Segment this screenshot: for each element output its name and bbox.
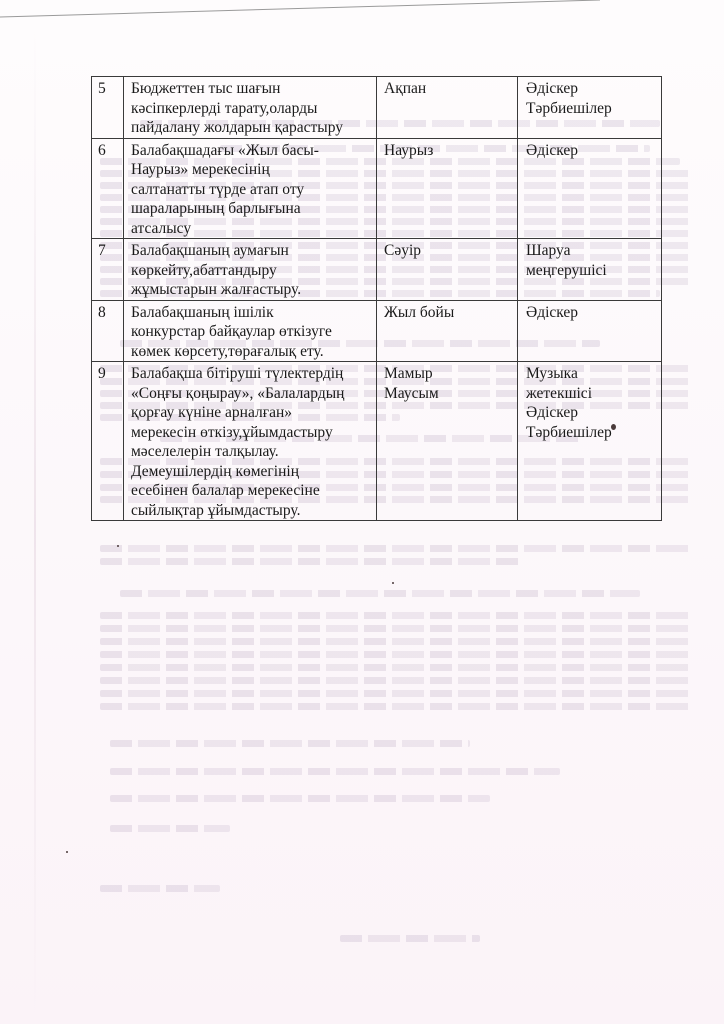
- task-cell: Балабақшаның аумағынкөркейту,абаттандыру…: [124, 239, 377, 301]
- task-text-line: Наурыз» мерекесінің: [131, 160, 370, 180]
- row-number: 6: [98, 142, 106, 159]
- task-text-line: Балабақшаның аумағын: [131, 241, 370, 261]
- bleed-through-text-line: [340, 935, 480, 942]
- scan-speck: [392, 582, 394, 584]
- task-text-line: мерекесін өткізу,ұйымдастыру: [131, 423, 370, 443]
- task-cell: Балабақшаның ішілікконкурстар байқаулар …: [124, 300, 377, 362]
- scan-speck: [611, 424, 616, 430]
- period-text-line: Наурыз: [384, 141, 511, 161]
- bleed-through-text-line: [100, 690, 690, 697]
- responsible-cell: Шаруамеңгерушісі: [518, 239, 662, 301]
- task-text-line: шараларының барлығына: [131, 199, 370, 219]
- task-text-line: мәселелерін талқылау.: [131, 442, 370, 462]
- table-row: 7Балабақшаның аумағынкөркейту,абаттандыр…: [92, 239, 662, 301]
- task-text-line: «Соңғы қоңырау», «Балалардың: [131, 384, 370, 404]
- task-text-line: Демеушілердің көмегінің: [131, 462, 370, 482]
- task-text-line: пайдалану жолдарын қарастыру: [131, 118, 370, 138]
- task-text-line: Балабақша бітіруші түлектердің: [131, 364, 370, 384]
- row-number-cell: 6: [92, 138, 124, 239]
- bleed-through-text-line: [100, 638, 690, 645]
- scanned-page: 5Бюджеттен тыс шағынкәсіпкерлерді тарату…: [0, 0, 724, 1024]
- table-row: 8Балабақшаның ішілікконкурстар байқаулар…: [92, 300, 662, 362]
- scan-speck: [117, 545, 119, 547]
- bleed-through-text-line: [110, 768, 560, 775]
- row-number: 7: [98, 242, 106, 259]
- responsible-text-line: Шаруа: [526, 241, 655, 261]
- bleed-through-text-line: [100, 558, 520, 565]
- responsible-text-line: жетекшісі: [526, 384, 655, 404]
- bleed-through-text-line: [100, 651, 690, 658]
- task-text-line: есебінен балалар мерекесіне: [131, 481, 370, 501]
- table-row: 6Балабақшадағы «Жыл басы-Наурыз» мерекес…: [92, 138, 662, 239]
- task-cell: Бюджеттен тыс шағынкәсіпкерлерді тарату,…: [124, 77, 377, 139]
- responsible-text-line: Әдіскер: [526, 141, 655, 161]
- bleed-through-text-line: [110, 795, 490, 802]
- bleed-through-text-line: [100, 612, 690, 619]
- row-number-cell: 9: [92, 362, 124, 521]
- row-number: 8: [98, 304, 106, 321]
- bleed-through-text-line: [100, 625, 690, 632]
- row-number-cell: 5: [92, 77, 124, 139]
- plan-table: 5Бюджеттен тыс шағынкәсіпкерлерді тарату…: [91, 76, 662, 521]
- period-cell: Наурыз: [377, 138, 518, 239]
- period-text-line: Ақпан: [384, 79, 511, 99]
- scan-edge-line: [0, 0, 724, 30]
- bleed-through-text-line: [110, 740, 470, 747]
- bleed-through-text-line: [120, 590, 640, 597]
- table-row: 5Бюджеттен тыс шағынкәсіпкерлерді тарату…: [92, 77, 662, 139]
- bleed-through-text-line: [100, 677, 690, 684]
- task-text-line: салтанатты түрде атап оту: [131, 180, 370, 200]
- responsible-text-line: Музыка: [526, 364, 655, 384]
- row-number: 9: [98, 365, 106, 382]
- responsible-cell: ӘдіскерТәрбиешілер: [518, 77, 662, 139]
- row-number-cell: 8: [92, 300, 124, 362]
- task-text-line: қорғау күніне арналған»: [131, 403, 370, 423]
- task-text-line: көркейту,абаттандыру: [131, 261, 370, 281]
- task-cell: Балабақша бітіруші түлектердің«Соңғы қоң…: [124, 362, 377, 521]
- responsible-text-line: Әдіскер: [526, 79, 655, 99]
- bleed-through-text-line: [110, 825, 230, 832]
- row-number-cell: 7: [92, 239, 124, 301]
- period-cell: МамырМаусым: [377, 362, 518, 521]
- task-text-line: кәсіпкерлерді тарату,оларды: [131, 99, 370, 119]
- responsible-text-line: Әдіскер: [526, 403, 655, 423]
- responsible-text-line: Әдіскер: [526, 303, 655, 323]
- table-row: 9Балабақша бітіруші түлектердің«Соңғы қо…: [92, 362, 662, 521]
- task-text-line: атсалысу: [131, 219, 370, 239]
- task-text-line: Бюджеттен тыс шағын: [131, 79, 370, 99]
- responsible-cell: Әдіскер: [518, 138, 662, 239]
- task-text-line: сыйлықтар ұйымдастыру.: [131, 501, 370, 521]
- task-text-line: Балабақшаның ішілік: [131, 303, 370, 323]
- responsible-text-line: меңгерушісі: [526, 261, 655, 281]
- task-text-line: конкурстар байқаулар өткізуге: [131, 322, 370, 342]
- period-text-line: Маусым: [384, 384, 511, 404]
- period-cell: Ақпан: [377, 77, 518, 139]
- task-cell: Балабақшадағы «Жыл басы-Наурыз» мерекесі…: [124, 138, 377, 239]
- bleed-through-text-line: [100, 703, 690, 710]
- period-cell: Сәуір: [377, 239, 518, 301]
- task-text-line: көмек көрсету,төрағалық ету.: [131, 342, 370, 362]
- responsible-cell: Әдіскер: [518, 300, 662, 362]
- period-cell: Жыл бойы: [377, 300, 518, 362]
- bleed-through-text-line: [100, 885, 220, 892]
- responsible-text-line: Тәрбиешілер: [526, 99, 655, 119]
- responsible-cell: МузыкажетекшісіӘдіскерТәрбиешілер: [518, 362, 662, 521]
- period-text-line: Мамыр: [384, 364, 511, 384]
- row-number: 5: [98, 80, 106, 97]
- task-text-line: жұмыстарын жалғастыру.: [131, 280, 370, 300]
- period-text-line: Сәуір: [384, 241, 511, 261]
- period-text-line: Жыл бойы: [384, 303, 511, 323]
- bleed-through-text-line: [100, 545, 690, 552]
- task-text-line: Балабақшадағы «Жыл басы-: [131, 141, 370, 161]
- scan-speck: [66, 851, 68, 853]
- responsible-text-line: Тәрбиешілер: [526, 423, 655, 443]
- scan-left-shadow: [34, 30, 36, 1020]
- bleed-through-text-line: [100, 664, 690, 671]
